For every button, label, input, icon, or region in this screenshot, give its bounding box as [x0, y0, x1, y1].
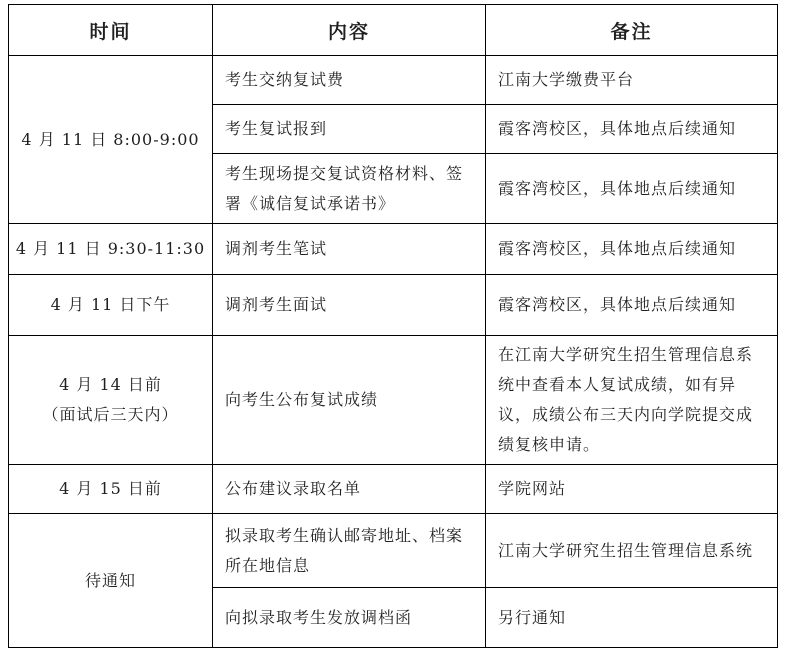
time-cell: 4 月 11 日 8:00-9:00	[9, 56, 213, 224]
remark-cell: 学院网站	[486, 465, 778, 514]
remark-cell: 霞客湾校区，具体地点后续通知	[486, 105, 778, 154]
remark-cell: 在江南大学研究生招生管理信息系统中查看本人复试成绩，如有异议，成绩公布三天内向学…	[486, 336, 778, 465]
table-row: 4 月 14 日前 （面试后三天内） 向考生公布复试成绩 在江南大学研究生招生管…	[9, 336, 778, 465]
content-cell: 拟录取考生确认邮寄地址、档案所在地信息	[213, 514, 486, 588]
content-cell: 考生交纳复试费	[213, 56, 486, 105]
table-row: 4 月 11 日 9:30-11:30 调剂考生笔试 霞客湾校区，具体地点后续通…	[9, 224, 778, 275]
header-time: 时间	[9, 5, 213, 56]
table-row: 4 月 15 日前 公布建议录取名单 学院网站	[9, 465, 778, 514]
table-row: 4 月 11 日 8:00-9:00 考生交纳复试费 江南大学缴费平台	[9, 56, 778, 105]
remark-cell: 江南大学缴费平台	[486, 56, 778, 105]
content-cell: 公布建议录取名单	[213, 465, 486, 514]
header-remark: 备注	[486, 5, 778, 56]
table-row: 待通知 拟录取考生确认邮寄地址、档案所在地信息 江南大学研究生招生管理信息系统	[9, 514, 778, 588]
header-content: 内容	[213, 5, 486, 56]
remark-cell: 霞客湾校区，具体地点后续通知	[486, 275, 778, 336]
time-cell: 待通知	[9, 514, 213, 648]
table-row: 4 月 11 日下午 调剂考生面试 霞客湾校区，具体地点后续通知	[9, 275, 778, 336]
remark-cell: 江南大学研究生招生管理信息系统	[486, 514, 778, 588]
remark-cell: 霞客湾校区，具体地点后续通知	[486, 154, 778, 224]
remark-cell: 霞客湾校区，具体地点后续通知	[486, 224, 778, 275]
table-header-row: 时间 内容 备注	[9, 5, 778, 56]
remark-cell: 另行通知	[486, 588, 778, 648]
schedule-table: 时间 内容 备注 4 月 11 日 8:00-9:00 考生交纳复试费 江南大学…	[8, 4, 778, 648]
content-cell: 考生复试报到	[213, 105, 486, 154]
reexam-schedule-page: 时间 内容 备注 4 月 11 日 8:00-9:00 考生交纳复试费 江南大学…	[0, 0, 785, 650]
time-cell: 4 月 11 日下午	[9, 275, 213, 336]
content-cell: 向拟录取考生发放调档函	[213, 588, 486, 648]
time-cell: 4 月 14 日前 （面试后三天内）	[9, 336, 213, 465]
time-cell: 4 月 11 日 9:30-11:30	[9, 224, 213, 275]
content-cell: 调剂考生笔试	[213, 224, 486, 275]
content-cell: 考生现场提交复试资格材料、签署《诚信复试承诺书》	[213, 154, 486, 224]
content-cell: 调剂考生面试	[213, 275, 486, 336]
content-cell: 向考生公布复试成绩	[213, 336, 486, 465]
time-cell: 4 月 15 日前	[9, 465, 213, 514]
